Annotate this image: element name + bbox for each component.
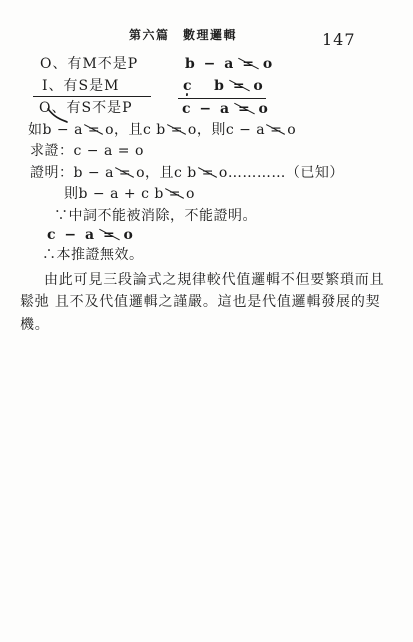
proof-line-then: 則b − a + c b = o <box>64 186 195 202</box>
inference-line-left <box>33 96 151 97</box>
commentary-line-1: 由此可見三段論式之規律較代值邏輯不但要繁瑣而且 <box>44 272 384 288</box>
conclusion-formula: c − a = o <box>182 101 270 117</box>
proof-line-conclusion: c − a = o <box>47 227 135 243</box>
not-equal-sign: = <box>119 165 131 181</box>
premise-minor-label: I、有S是M <box>42 78 119 94</box>
not-equal-sign: = <box>171 122 183 138</box>
not-equal-sign: = <box>233 78 247 94</box>
commentary-line-2: 鬆弛 且不及代值邏輯之謹嚴。這也是代值邏輯發展的契 <box>20 294 380 310</box>
book-page: 第六篇 數理邏輯 147 O、有M不是P I、有S是M O、有S不是P b − … <box>0 0 413 642</box>
not-equal-sign: = <box>169 186 181 202</box>
premise-major-label: O、有M不是P <box>40 56 138 72</box>
proof-line-therefore: ∴本推證無效。 <box>42 247 144 263</box>
not-equal-sign: = <box>202 165 214 181</box>
proof-line-given: 證明：b − a = o，且c b = o…………（已知） <box>30 165 344 181</box>
inference-line-right <box>178 98 266 99</box>
commentary-line-3: 機。 <box>20 317 50 333</box>
proof-line-because: ∵中詞不能被消除，不能證明。 <box>54 208 257 224</box>
not-equal-sign: = <box>103 227 117 243</box>
not-equal-sign: = <box>238 101 252 117</box>
print-dot-under-c <box>186 93 188 96</box>
not-equal-sign: = <box>88 122 100 138</box>
proof-line-if: 如b − a = o，且c b = o，則c − a = o <box>28 122 296 138</box>
premise-minor-formula: c b = o <box>183 78 265 94</box>
page-number: 147 <box>322 30 356 49</box>
premise-major-formula: b − a = o <box>185 56 274 72</box>
not-equal-sign: = <box>270 122 282 138</box>
not-equal-sign: = <box>242 56 256 72</box>
proof-line-goal: 求證：c − a = o <box>30 143 144 159</box>
chapter-header: 第六篇 數理邏輯 <box>129 26 237 43</box>
